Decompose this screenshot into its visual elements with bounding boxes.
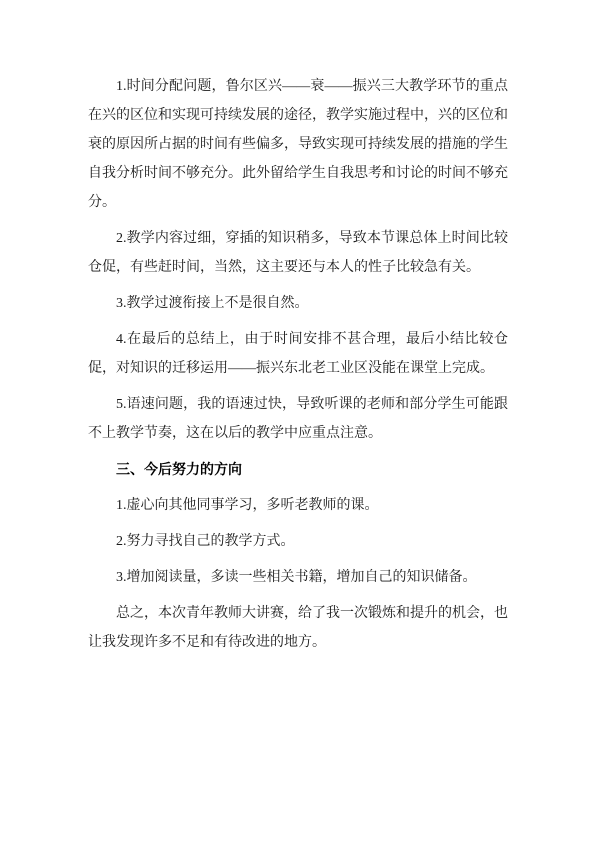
- paragraph-closing: 总之，本次青年教师大讲赛，给了我一次锻炼和提升的机会，也让我发现许多不足和有待改…: [88, 599, 508, 657]
- list-item-reading: 3.增加阅读量，多读一些相关书籍，增加自己的知识储备。: [88, 563, 508, 592]
- document-page: 1.时间分配问题，鲁尔区兴——衰——振兴三大教学环节的重点在兴的区位和实现可持续…: [0, 0, 595, 842]
- list-item-teaching-style: 2.努力寻找自己的教学方式。: [88, 527, 508, 556]
- paragraph-time-allocation: 1.时间分配问题，鲁尔区兴——衰——振兴三大教学环节的重点在兴的区位和实现可持续…: [88, 72, 508, 217]
- paragraph-content-detail: 2.教学内容过细，穿插的知识稍多，导致本节课总体上时间比较仓促，有些赶时间，当然…: [88, 224, 508, 282]
- section-heading-future-direction: 三、今后努力的方向: [88, 455, 508, 484]
- paragraph-summary-timing: 4.在最后的总结上，由于时间安排不甚合理，最后小结比较仓促，对知识的迁移运用——…: [88, 325, 508, 383]
- list-item-learn-from-peers: 1.虚心向其他同事学习，多听老教师的课。: [88, 491, 508, 520]
- paragraph-transition: 3.教学过渡衔接上不是很自然。: [88, 289, 508, 318]
- paragraph-speaking-speed: 5.语速问题，我的语速过快，导致听课的老师和部分学生可能跟不上教学节奏，这在以后…: [88, 390, 508, 448]
